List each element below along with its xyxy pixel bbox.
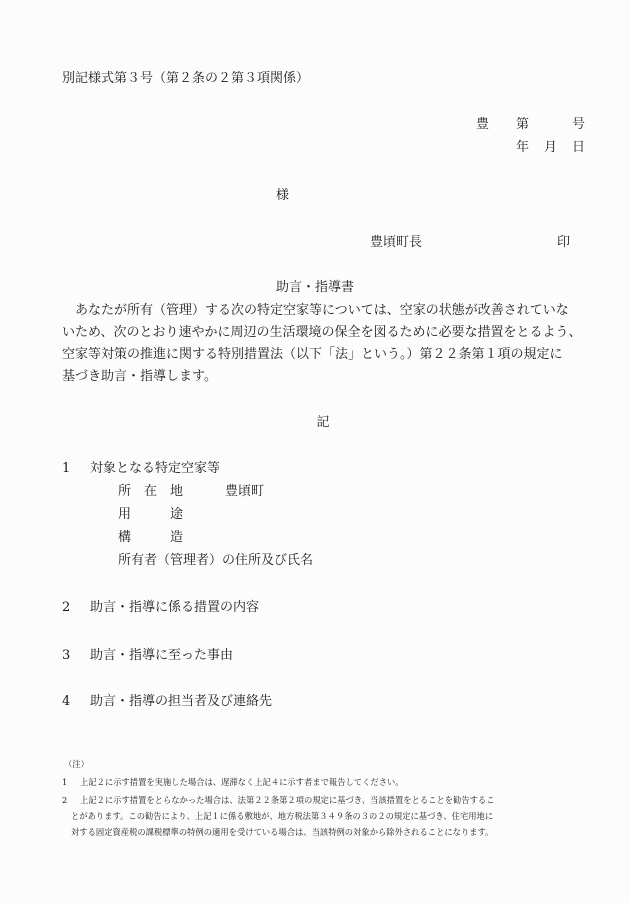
field-use: 用 途 [118,507,225,523]
field-label: 用 途 [118,507,225,523]
field-structure: 構 造 [118,530,225,546]
note-number: 1 [62,777,80,788]
body-line: 基づき助言・指導します。 [62,366,592,388]
body-line: あなたが所有（管理）する次の特定空家等については、空家の状態が改善されていな [62,300,592,322]
field-location: 所 在 地豊頃町 [118,484,264,500]
notes-heading: （注） [64,759,89,770]
seal-mark: 印 [557,235,570,251]
body-line: 空家等対策の推進に関する特別措置法（以下「法」という。）第２２条第１項の規定に [62,344,592,366]
section-1-heading: 1対象となる特定空家等 [62,461,220,477]
section-2-heading: 2助言・指導に係る措置の内容 [62,600,259,616]
section-4-heading: 4助言・指導の担当者及び連絡先 [62,694,272,710]
note-1: 1上記２に示す措置を実施した場合は、遅滞なく上記４に示す者まで報告してください。 [62,777,404,788]
field-value: 豊頃町 [225,484,264,499]
note-2: 2上記２に示す措置をとらなかった場合は、法第２２条第２項の規定に基づき、当該措置… [62,795,495,806]
note-number: 2 [62,795,80,806]
section-number: 1 [62,461,90,477]
field-label: 所有者（管理者）の住所及び氏名 [118,553,313,568]
field-label: 構 造 [118,530,225,546]
note-text: 上記２に示す措置を実施した場合は、遅滞なく上記４に示す者まで報告してください。 [80,777,404,787]
section-title: 助言・指導の担当者及び連絡先 [90,694,272,709]
field-label: 所 在 地 [118,484,225,500]
date-month: 月 [544,140,557,156]
date-day: 日 [572,140,585,156]
body-line: いため、次のとおり速やかに周辺の生活環境の保全を図るために必要な措置をとるよう、 [62,322,592,344]
section-title: 助言・指導に至った事由 [90,648,233,663]
addressee-suffix: 様 [276,188,289,204]
section-number: 4 [62,694,90,710]
section-number: 2 [62,600,90,616]
section-title: 助言・指導に係る措置の内容 [90,600,259,615]
date-year: 年 [516,140,529,156]
ki-heading: 記 [0,415,630,431]
note-text: 上記２に示す措置をとらなかった場合は、法第２２条第２項の規定に基づき、当該措置を… [80,795,495,805]
note-2-continuation: とがあります。この勧告により、上記１に係る敷地が、地方税法第３４９条の３の２の規… [71,811,493,822]
document-number: 豊 第 号 [476,117,586,133]
doc-number-prefix: 豊 [476,117,489,133]
form-label: 別記様式第３号（第２条の２第３項関係） [62,71,309,87]
body-paragraph: あなたが所有（管理）する次の特定空家等については、空家の状態が改善されていな い… [62,300,592,388]
document-title: 助言・指導書 [0,280,630,296]
section-number: 3 [62,648,90,664]
issuer-name: 豊頃町長 [370,235,422,251]
doc-number-dai: 第 [516,117,529,133]
note-2-continuation: 対する固定資産税の課税標準の特例の適用を受けている場合は、当該特例の対象から除外… [71,827,493,838]
document-date: 年 月 日 [476,140,586,156]
doc-number-go: 号 [572,117,585,133]
section-3-heading: 3助言・指導に至った事由 [62,648,233,664]
field-owner: 所有者（管理者）の住所及び氏名 [118,553,313,569]
section-title: 対象となる特定空家等 [90,461,220,476]
